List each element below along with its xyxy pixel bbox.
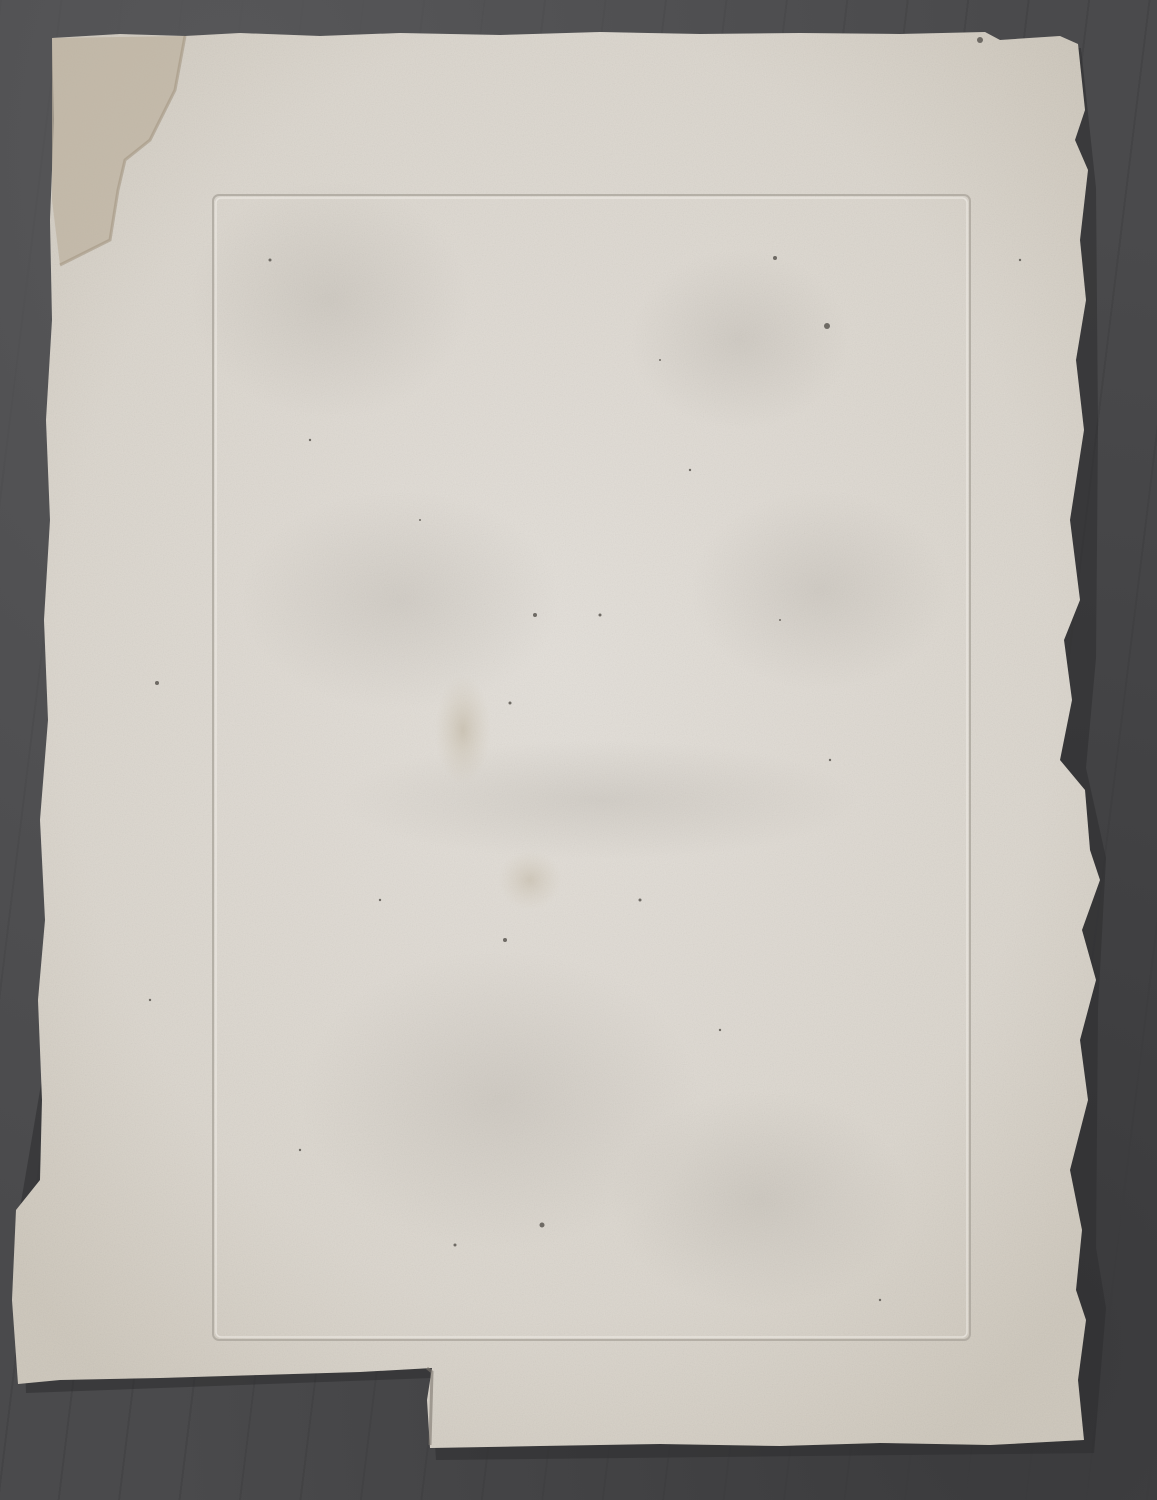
foxing-blotch — [610, 1090, 910, 1310]
foxing-blotch — [190, 180, 470, 420]
foxing-blotch — [340, 740, 860, 860]
foxing-blotch — [240, 490, 560, 710]
water-stain — [498, 850, 562, 910]
foxing-blotch — [630, 250, 850, 430]
paper-sheet-photo — [0, 0, 1157, 1500]
foxing-blotch — [690, 490, 950, 690]
water-stain — [435, 675, 491, 785]
